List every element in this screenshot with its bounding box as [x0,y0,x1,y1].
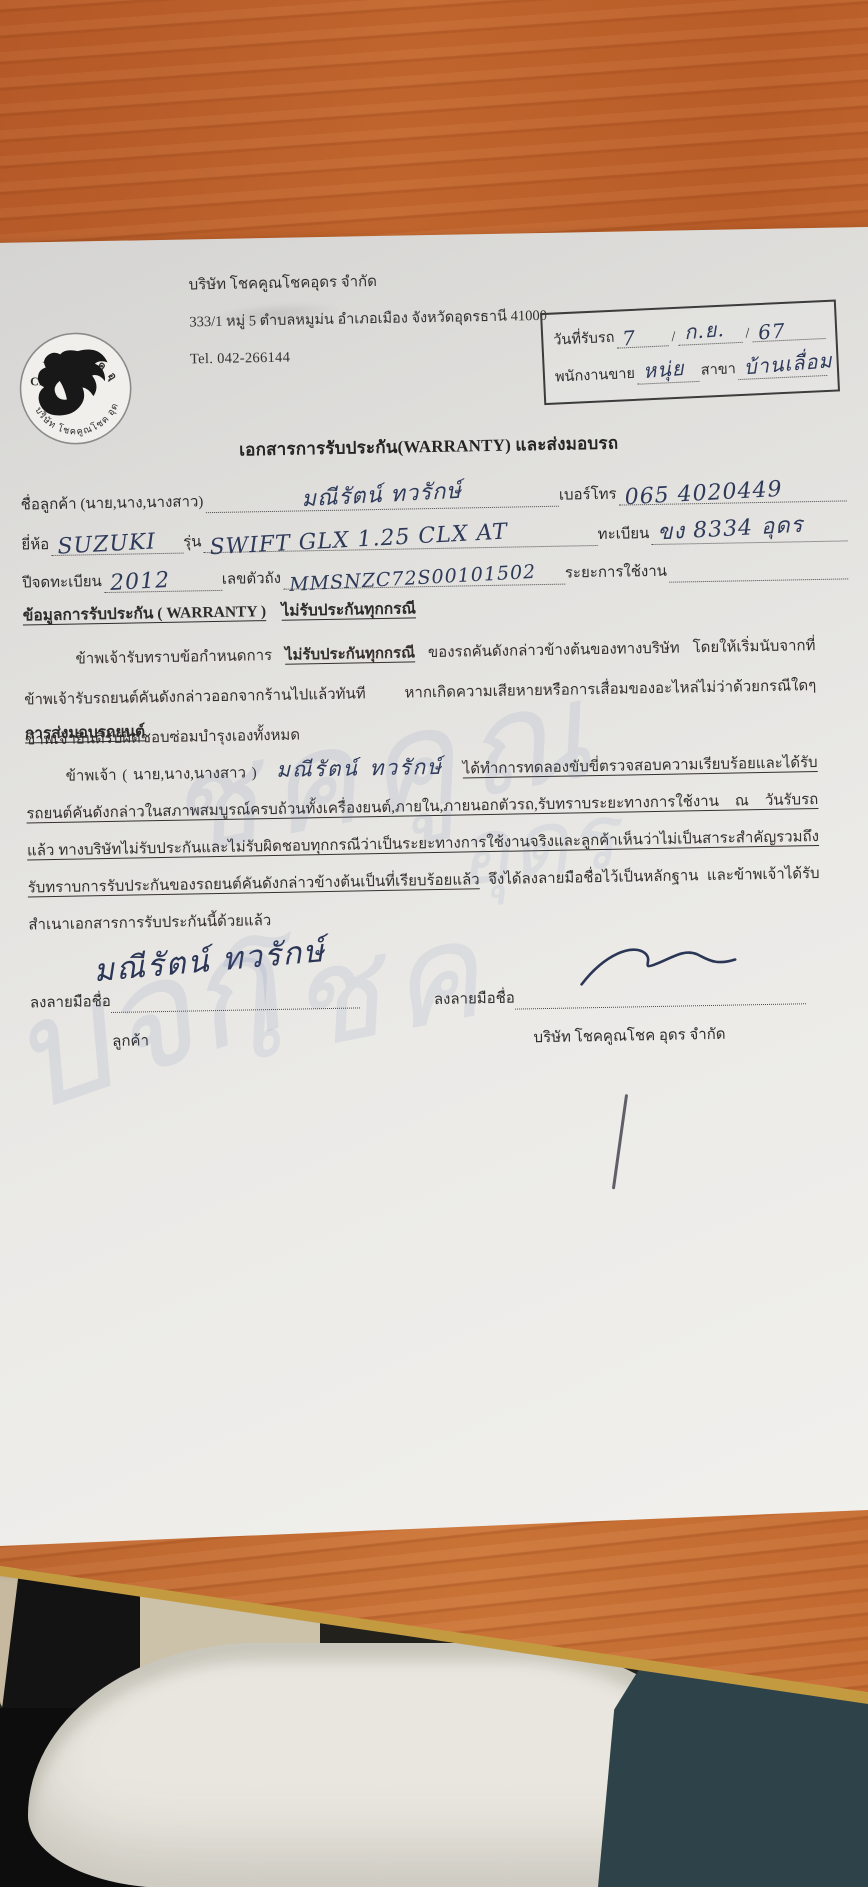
delivery-section-heading: การส่งมอบรถยนต์ [25,718,146,745]
usage-field [669,554,849,582]
signature-label: ลงลายมือชื่อ [434,986,515,1011]
handwritten-customer-name-inline: มณีรัตน์ ทวรักษ์ [262,755,457,783]
vin-label: เลขตัวถัง [222,566,284,591]
company-signature-line: ลงลายมือชื่อ [434,980,806,1011]
warranty-heading-note: ไม่รับประกันทุกกรณี [281,600,416,619]
customer-name-label: ชื่อลูกค้า (นาย,นาง,นางสาว) [21,489,206,516]
date-year-field: 67 [752,316,826,342]
warranty-heading-text: ข้อมูลการรับประกัน ( WARRANTY ) [23,603,267,624]
receive-date-row: วันที่รับรถ 7 / ก.ย. / 67 [552,309,827,352]
date-separator: / [744,325,751,342]
model-label: รุ่น [183,529,204,553]
customer-row: ชื่อลูกค้า (นาย,นาง,นางสาว) มณีรัตน์ ทวร… [20,469,846,516]
phone-label: เบอร์โทร [559,482,619,507]
branch-label: สาขา [700,357,736,382]
customer-signature-field [111,985,360,1013]
warranty-section-heading: ข้อมูลการรับประกัน ( WARRANTY ) ไม่รับปร… [23,595,417,627]
handwritten-branch: บ้านเลื่อม [743,344,834,383]
company-signature-block: ลงลายมือชื่อ บริษัท โชคคูณโชค อุดร จำกัด [434,980,807,1051]
date-month-field: ก.ย. [678,320,743,346]
phone-field: 065 4020449 [618,476,846,505]
company-signature-field [515,981,806,1009]
customer-role-label: ลูกค้า [30,1027,230,1055]
plate-field: ขง 8334 อุดร [651,516,847,545]
handwritten-customer-name: มณีรัตน์ ทวรักษ์ [301,473,463,516]
company-logo: คูณโชค อุดร CKC ✦ ✦ บริษัท โชคคูณโชค อุด… [16,328,136,448]
branch-field: บ้านเลื่อม [737,353,827,380]
handwritten-salesperson: หนุ่ย [642,352,686,387]
warranty-para-pre: ข้าพเจ้ารับทราบข้อกำหนดการ [75,648,285,668]
company-role-label: บริษัท โชคคูณโชค อุดร จำกัด [464,1020,794,1050]
handwritten-phone: 065 4020449 [624,477,783,510]
customer-signature-line: ลงลายมือชื่อ [30,984,360,1014]
company-address: 333/1 หมู่ 5 ตำบลหมูม่น อำเภอเมือง จังหว… [189,298,547,342]
handwritten-reg-year: 2012 [109,568,170,596]
salesperson-field: หนุ่ย [636,359,699,385]
handwritten-year: 67 [757,318,786,344]
stray-pen-mark [612,1094,628,1189]
vehicle-receive-box: วันที่รับรถ 7 / ก.ย. / 67 พนักงานขาย หนุ… [540,299,840,405]
receive-date-label: วันที่รับรถ [553,326,615,352]
handwritten-plate: ขง 8334 อุดร [656,507,804,550]
warranty-document-paper: คูณโชค อุดร CKC ✦ ✦ บริษัท โชคคูณโชค อุด… [0,227,868,1569]
delivery-lead: ข้าพเจ้า ( นาย,นาง,นางสาว ) [66,765,257,784]
reg-year-field: 2012 [104,566,222,593]
usage-label: ระยะการใช้งาน [565,559,669,585]
salesperson-label: พนักงานขาย [555,362,636,389]
photo-of-warranty-document: คูณโชค อุดร CKC ✦ ✦ บริษัท โชคคูณโชค อุด… [0,0,868,1887]
customer-name-field: มณีรัตน์ ทวรักษ์ [205,482,559,513]
delivery-paragraph: ข้าพเจ้า ( นาย,นาง,นางสาว ) มณีรัตน์ ทวร… [25,742,820,944]
warranty-para-emphasis: ไม่รับประกันทุกกรณี [285,645,415,663]
model-field: SWIFT GLX 1.25 CLX AT [203,521,598,553]
delivery-heading-text: การส่งมอบรถยนต์ [25,723,146,742]
company-phone: Tel. 042-266144 [190,335,548,379]
brand-field: SUZUKI [51,529,183,556]
handwritten-day: 7 [622,326,638,351]
handwritten-vin: MMSNZC72S00101502 [289,561,537,596]
reg-year-label: ปีจดทะเบียน [22,569,104,594]
handwritten-brand: SUZUKI [57,529,157,559]
handwritten-month: ก.ย. [683,313,726,348]
brand-label: ยี่ห้อ [21,532,51,557]
customer-signature-block: มณีรัตน์ ทวรักษ์ ลงลายมือชื่อ ลูกค้า [30,984,361,1054]
company-header: บริษัท โชคคูณโชคอุดร จำกัด 333/1 หมู่ 5 … [188,261,547,379]
salesperson-row: พนักงานขาย หนุ่ย สาขา บ้านเลื่อม [554,346,829,389]
date-day-field: 7 [616,323,669,348]
vin-field: MMSNZC72S00101502 [283,560,565,590]
date-separator: / [670,329,677,346]
plate-label: ทะเบียน [597,521,651,546]
